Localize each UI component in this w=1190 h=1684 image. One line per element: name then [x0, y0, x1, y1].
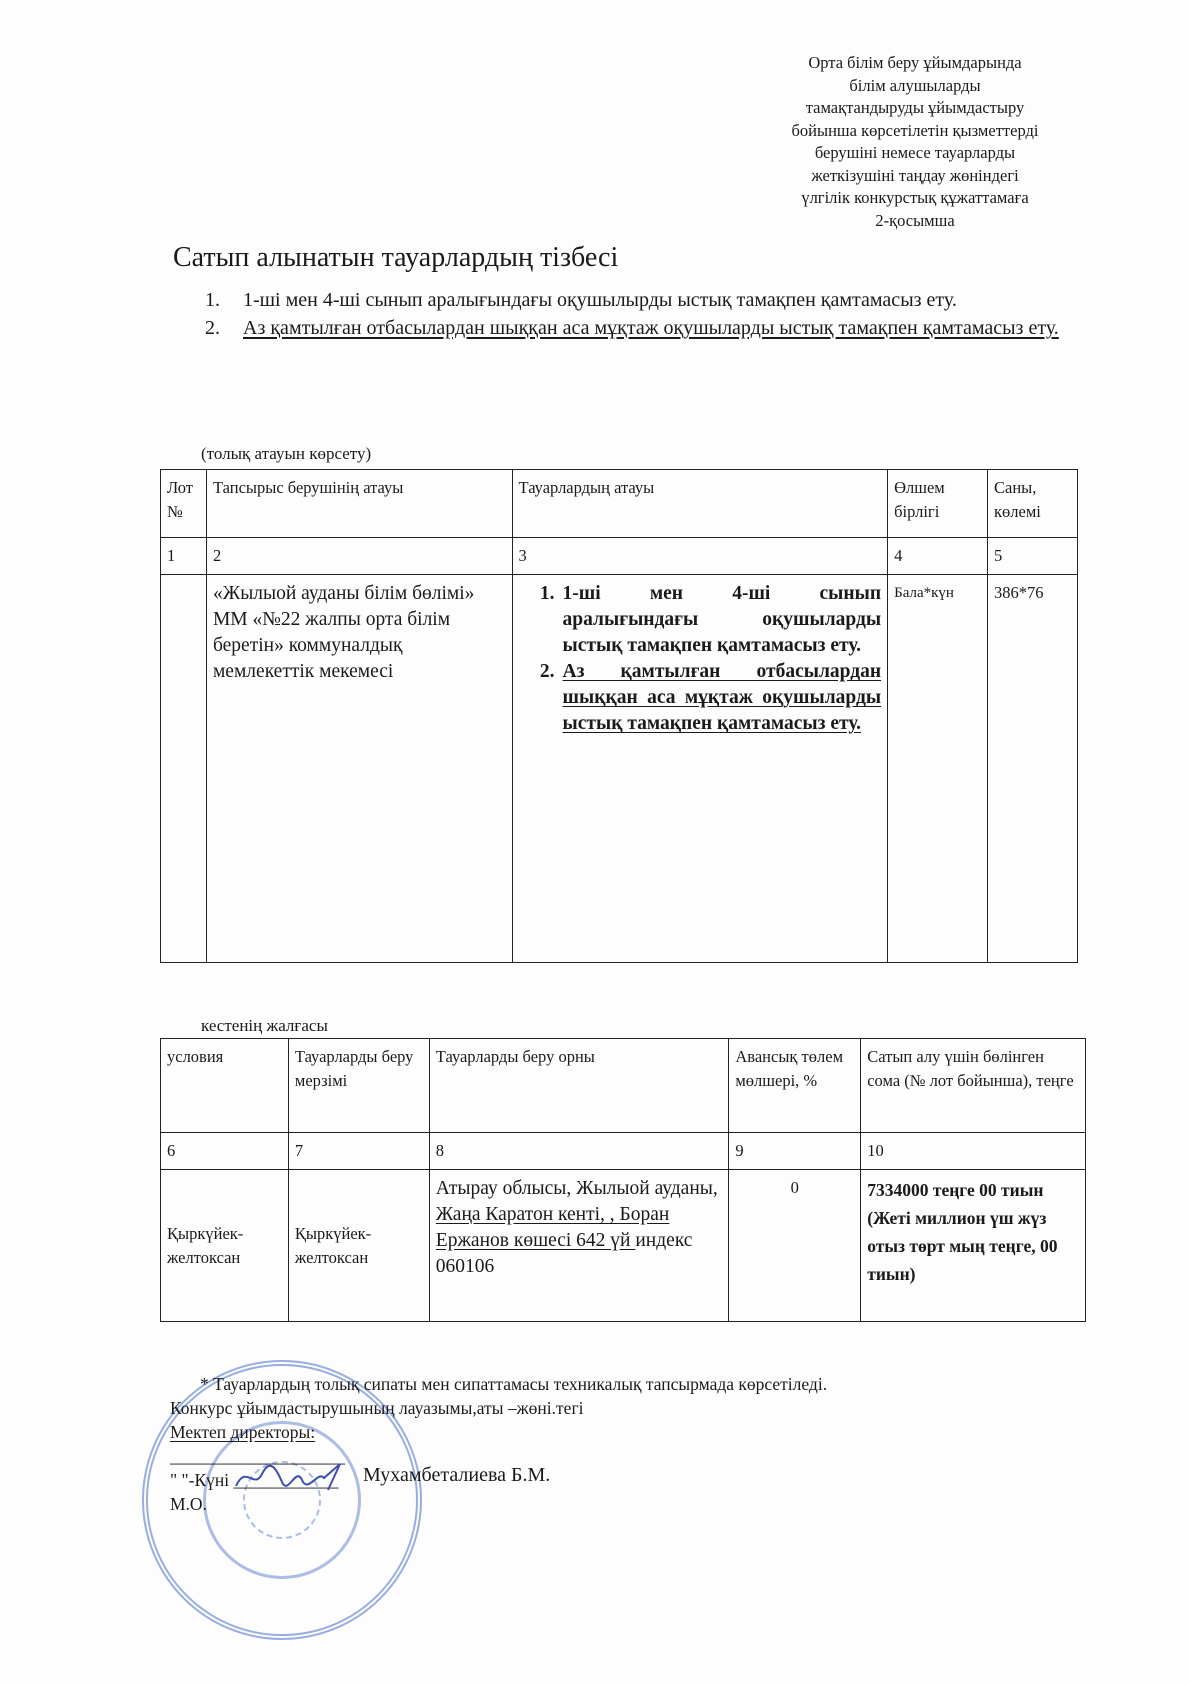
appendix-note: Орта білім беру ұйымдарында білім алушыл… — [770, 52, 1060, 232]
table-row: «Жылыой ауданы білім бөлімі» ММ «№22 жал… — [161, 575, 1078, 963]
purpose-number: 2. — [205, 316, 243, 341]
col-number: 1 — [161, 538, 207, 575]
header-delivery-place: Тауарларды беру орны — [429, 1039, 729, 1133]
header-quantity: Саны, көлемі — [988, 470, 1078, 538]
table2-caption: кестенің жалғасы — [201, 1016, 328, 1036]
appendix-note-line: Орта білім беру ұйымдарында — [770, 52, 1060, 75]
goods-number: 2. — [519, 659, 563, 737]
purpose-number: 1. — [205, 288, 243, 313]
purpose-text: 1-ші мен 4-ші сынып аралығындағы оқушылы… — [243, 288, 1105, 313]
header-delivery-period: Тауарларды беру мерзімі — [288, 1039, 429, 1133]
director-name: Мухамбеталиева Б.М. — [363, 1464, 550, 1487]
col-number: 7 — [288, 1133, 429, 1170]
quantity-cell: 386*76 — [988, 575, 1078, 963]
table-row: Қыркүйек-желтоксан Қыркүйек-желтоксан Ат… — [161, 1170, 1086, 1322]
appendix-note-line: тамақтандыруды ұйымдастыру — [770, 97, 1060, 120]
header-unit: Өлшем бірлігі — [888, 470, 988, 538]
address-part: Атырау облысы, Жылыой ауданы, — [436, 1178, 718, 1199]
delivery-period-cell: Қыркүйек-желтоксан — [288, 1170, 429, 1322]
seal-label: М.О. — [170, 1492, 827, 1516]
advance-cell: 0 — [729, 1170, 861, 1322]
address-cell: Атырау облысы, Жылыой ауданы, Жаңа Карат… — [429, 1170, 729, 1322]
header-lot: Лот № — [161, 470, 207, 538]
table-header-row: Лот № Тапсырыс берушінің атауы Тауарлард… — [161, 470, 1078, 538]
appendix-note-line: жеткізушіні таңдау жөніндегі — [770, 165, 1060, 188]
customer-cell: «Жылыой ауданы білім бөлімі» ММ «№22 жал… — [206, 575, 512, 963]
purpose-item: 2. Аз қамтылған отбасылардан шыққан аса … — [205, 316, 1105, 341]
col-number: 9 — [729, 1133, 861, 1170]
header-advance: Авансық төлем мөлшері, % — [729, 1039, 861, 1133]
col-number: 4 — [888, 538, 988, 575]
goods-list: 1. 1-ші мен 4-ші сынып аралығындағы оқуш… — [519, 581, 882, 737]
footer: * Тауарлардың толық сипаты мен сипаттама… — [170, 1372, 827, 1516]
goods-table: Лот № Тапсырыс берушінің атауы Тауарлард… — [160, 469, 1078, 963]
header-customer: Тапсырыс берушінің атауы — [206, 470, 512, 538]
goods-item: 2. Аз қамтылған отбасылардан шыққан аса … — [519, 659, 882, 737]
appendix-note-line: берушіні немесе тауарларды — [770, 142, 1060, 165]
header-sum: Сатып алу үшін бөлінген сома (№ лот бойы… — [861, 1039, 1086, 1133]
purpose-list: 1. 1-ші мен 4-ші сынып аралығындағы оқуш… — [205, 288, 1105, 344]
header-conditions: условия — [161, 1039, 289, 1133]
footnote: * Тауарлардың толық сипаты мен сипаттама… — [170, 1372, 827, 1396]
col-number: 10 — [861, 1133, 1086, 1170]
appendix-note-line: үлгілік конкурстық құжаттамаға — [770, 187, 1060, 210]
appendix-note-line: білім алушыларды — [770, 75, 1060, 98]
appendix-note-line: бойынша көрсетілетін қызметтерді — [770, 120, 1060, 143]
goods-text: Аз қамтылған отбасылардан шыққан аса мұқ… — [563, 659, 882, 737]
conditions-cell: Қыркүйек-желтоксан — [161, 1170, 289, 1322]
col-number: 5 — [988, 538, 1078, 575]
purpose-item: 1. 1-ші мен 4-ші сынып аралығындағы оқуш… — [205, 288, 1105, 313]
sum-cell: 7334000 теңге 00 тиын (Жеті миллион үш ж… — [861, 1170, 1086, 1322]
table-header-row: условия Тауарларды беру мерзімі Тауарлар… — [161, 1039, 1086, 1133]
goods-number: 1. — [519, 581, 563, 659]
column-number-row: 6 7 8 9 10 — [161, 1133, 1086, 1170]
goods-text: 1-ші мен 4-ші сынып аралығындағы оқушыла… — [563, 581, 882, 659]
delivery-table: условия Тауарларды беру мерзімі Тауарлар… — [160, 1038, 1086, 1322]
goods-item: 1. 1-ші мен 4-ші сынып аралығындағы оқуш… — [519, 581, 882, 659]
position-label: Мектеп директоры: — [170, 1420, 827, 1444]
col-number: 8 — [429, 1133, 729, 1170]
document-title: Сатып алынатын тауарлардың тізбесі — [173, 242, 618, 274]
appendix-note-line: 2-қосымша — [770, 210, 1060, 233]
table1-caption: (толық атауын көрсету) — [201, 444, 371, 464]
column-number-row: 1 2 3 4 5 — [161, 538, 1078, 575]
organizer-label: Конкурс ұйымдастырушының лауазымы,аты –ж… — [170, 1396, 827, 1420]
col-number: 6 — [161, 1133, 289, 1170]
col-number: 2 — [206, 538, 512, 575]
lot-cell — [161, 575, 207, 963]
purpose-text: Аз қамтылған отбасылардан шыққан аса мұқ… — [243, 316, 1105, 341]
unit-cell: Бала*күн — [888, 575, 988, 963]
col-number: 3 — [512, 538, 888, 575]
header-goods: Тауарлардың атауы — [512, 470, 888, 538]
goods-cell: 1. 1-ші мен 4-ші сынып аралығындағы оқуш… — [512, 575, 888, 963]
